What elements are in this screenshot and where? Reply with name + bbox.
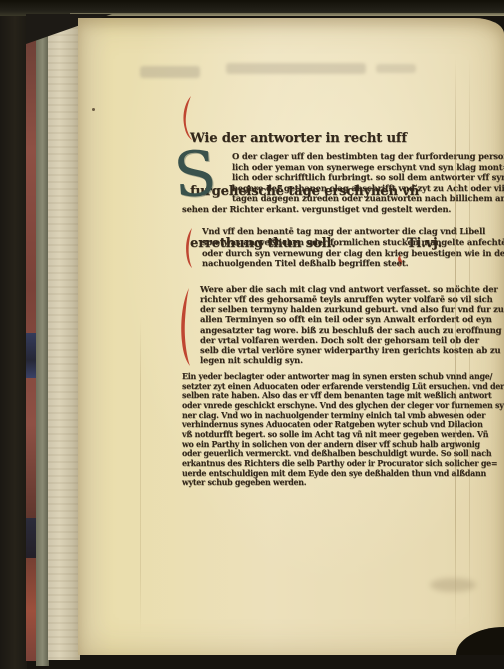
page-crease: [455, 58, 456, 635]
paragraph-text: Vnd vff den benantē tag mag der antworte…: [202, 226, 478, 269]
paragraph-3: Were aber die sach mit clag vnd antwort …: [200, 284, 478, 365]
ink-speck: [92, 108, 95, 111]
paragraph-4: Ein yeder beclagter oder antworter mag i…: [182, 372, 478, 488]
paragraph-text: Ein yeder beclagter oder antworter mag i…: [182, 372, 478, 488]
ink-speck: [208, 318, 210, 320]
page-crease: [469, 58, 470, 635]
paragraph-1: S O der clager uff den bestimbten tag de…: [182, 151, 474, 214]
paragraph-text: Were aber die sach mit clag vnd antwort …: [200, 284, 478, 365]
curled-page-corner: [456, 627, 504, 655]
cover-edge-highlight: [70, 13, 504, 16]
paragraph-2: Vnd vff den benantē tag mag der antworte…: [202, 226, 478, 269]
book-page: Wie der antworter in recht uff furgeheis…: [78, 18, 504, 655]
stain-smudge: [430, 578, 476, 592]
page-block-edges: [48, 20, 80, 660]
bleed-through-smudge: [136, 58, 436, 88]
drop-cap-initial: S: [172, 143, 236, 209]
book-cover-left-edge: [0, 0, 27, 669]
heading-line: Wie der antworter in recht uff: [190, 132, 490, 147]
page-crease: [140, 318, 141, 635]
